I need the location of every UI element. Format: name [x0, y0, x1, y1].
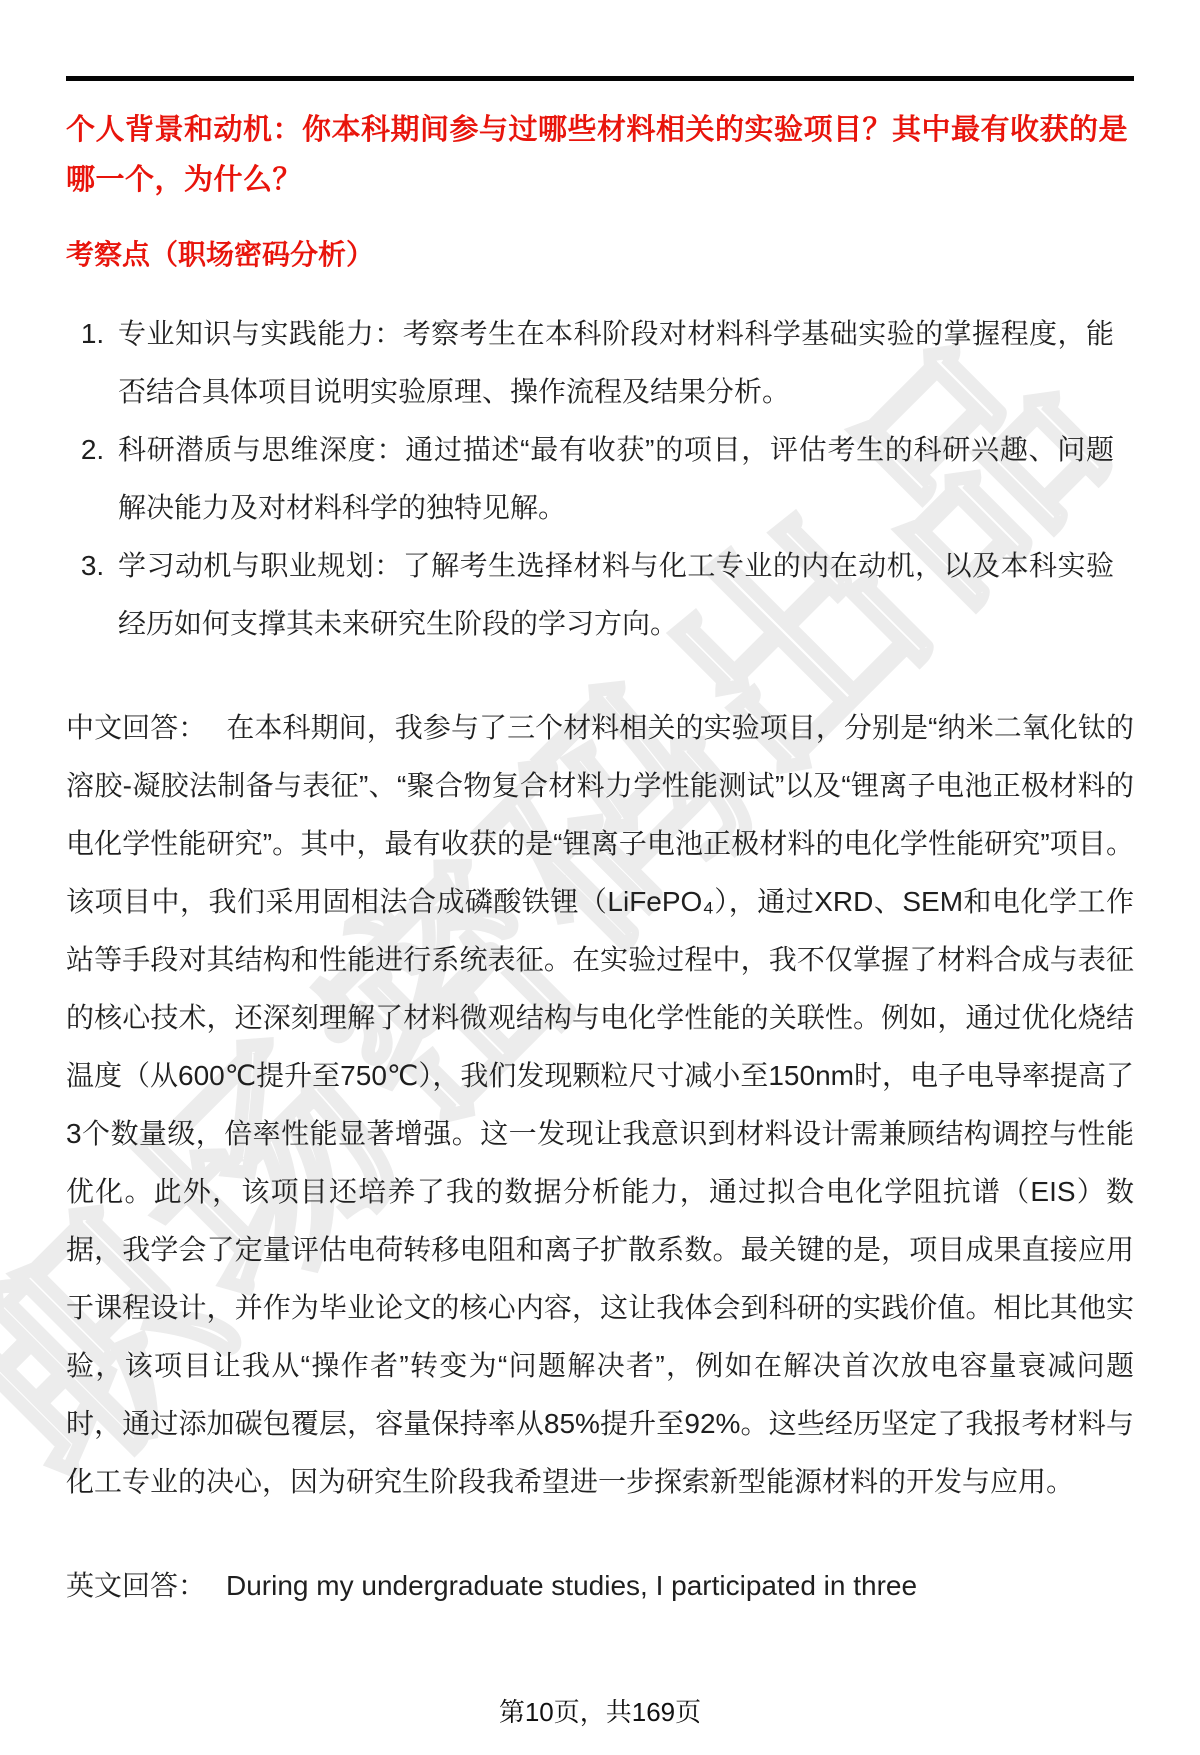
top-divider-rule: [66, 76, 1134, 81]
chinese-answer-paragraph: 中文回答：在本科期间，我参与了三个材料相关的实验项目，分别是“纳米二氧化钛的溶胶…: [66, 699, 1134, 1511]
page-number-footer: 第10页，共169页: [0, 1692, 1200, 1729]
section-label: 考察点（职场密码分析）: [66, 237, 1134, 273]
question-title: 个人背景和动机：你本科期间参与过哪些材料相关的实验项目？其中最有收获的是哪一个，…: [66, 105, 1134, 205]
english-answer-text: During my undergraduate studies, I parti…: [226, 1570, 917, 1601]
english-answer-label: 英文回答：: [66, 1570, 206, 1601]
assessment-points-list: 专业知识与实践能力：考察考生在本科阶段对材料科学基础实验的掌握程度，能否结合具体…: [66, 305, 1134, 653]
assessment-point-1: 专业知识与实践能力：考察考生在本科阶段对材料科学基础实验的掌握程度，能否结合具体…: [112, 305, 1114, 421]
chinese-answer-label: 中文回答：: [66, 712, 206, 743]
assessment-point-3: 学习动机与职业规划：了解考生选择材料与化工专业的内在动机，以及本科实验经历如何支…: [112, 537, 1114, 653]
assessment-point-2: 科研潜质与思维深度：通过描述“最有收获”的项目，评估考生的科研兴趣、问题解决能力…: [112, 421, 1114, 537]
chinese-answer-text: 在本科期间，我参与了三个材料相关的实验项目，分别是“纳米二氧化钛的溶胶-凝胶法制…: [66, 712, 1134, 1497]
document-page: 职场密码出品 个人背景和动机：你本科期间参与过哪些材料相关的实验项目？其中最有收…: [0, 0, 1200, 1755]
english-answer-paragraph: 英文回答：During my undergraduate studies, I …: [66, 1557, 1134, 1615]
page-content: 个人背景和动机：你本科期间参与过哪些材料相关的实验项目？其中最有收获的是哪一个，…: [0, 76, 1200, 1615]
